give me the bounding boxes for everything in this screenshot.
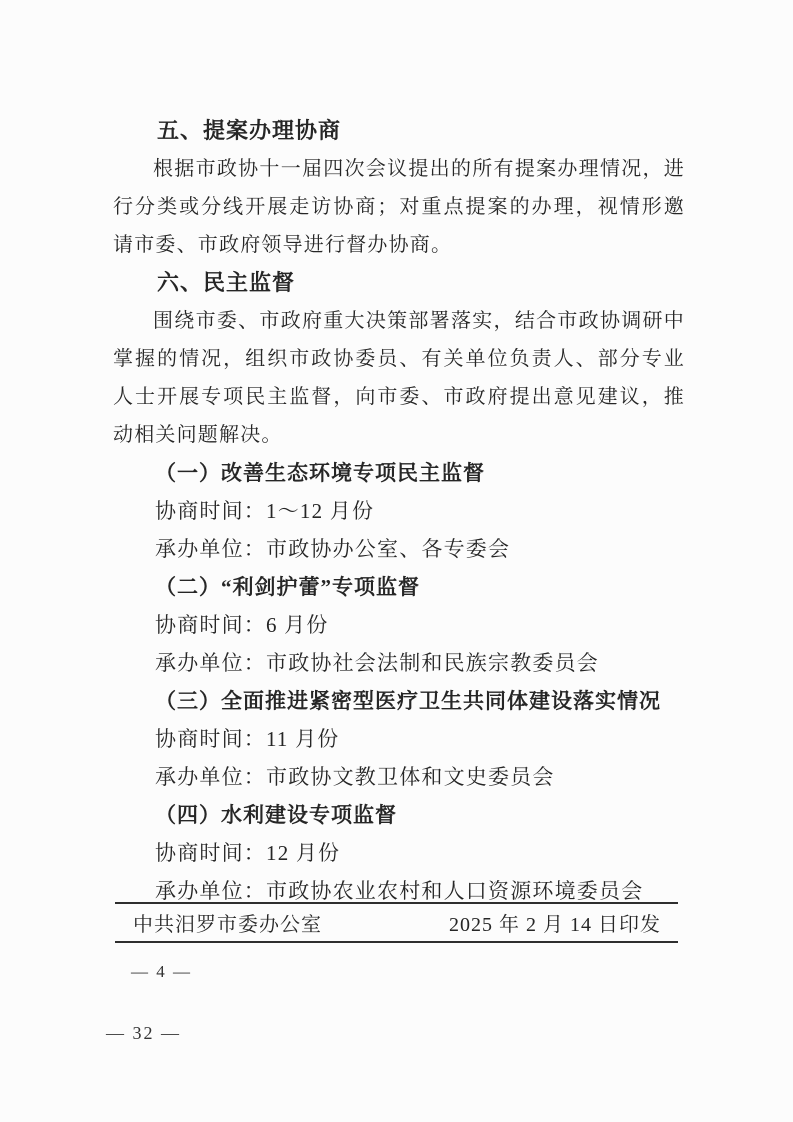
document-body: 五、提案办理协商 根据市政协十一届四次会议提出的所有提案办理情况，进行分类或分线… (113, 112, 685, 910)
section-6-heading: 六、民主监督 (113, 264, 685, 302)
supervision-item-1-title: （一）改善生态环境专项民主监督 (113, 454, 685, 492)
issuing-office: 中共汨罗市委办公室 (133, 908, 322, 937)
supervision-item-2-unit: 承办单位：市政协社会法制和民族宗教委员会 (113, 644, 685, 682)
supervision-item-3-unit: 承办单位：市政协文教卫体和文史委员会 (113, 758, 685, 796)
supervision-item-2-title: （二）“利剑护蕾”专项监督 (113, 568, 685, 606)
supervision-item-3-time: 协商时间：11 月份 (113, 720, 685, 758)
supervision-item-4-time: 协商时间：12 月份 (113, 834, 685, 872)
document-page: 五、提案办理协商 根据市政协十一届四次会议提出的所有提案办理情况，进行分类或分线… (0, 0, 793, 1122)
page-number-inner: — 4 — (131, 962, 192, 982)
supervision-item-1-unit: 承办单位：市政协办公室、各专委会 (113, 530, 685, 568)
print-date: 2025 年 2 月 14 日印发 (449, 908, 661, 937)
supervision-item-2-time: 协商时间：6 月份 (113, 606, 685, 644)
supervision-item-1-time: 协商时间：1～12 月份 (113, 492, 685, 530)
section-5-paragraph: 根据市政协十一届四次会议提出的所有提案办理情况，进行分类或分线开展走访协商；对重… (113, 150, 685, 264)
colophon-box: 中共汨罗市委办公室 2025 年 2 月 14 日印发 (115, 902, 678, 943)
section-6-paragraph: 围绕市委、市政府重大决策部署落实，结合市政协调研中掌握的情况，组织市政协委员、有… (113, 302, 685, 454)
page-number-outer: — 32 — (106, 1023, 181, 1044)
supervision-item-4-title: （四）水利建设专项监督 (113, 796, 685, 834)
section-5-heading: 五、提案办理协商 (113, 112, 685, 150)
supervision-item-3-title: （三）全面推进紧密型医疗卫生共同体建设落实情况 (113, 682, 685, 720)
colophon-row: 中共汨罗市委办公室 2025 年 2 月 14 日印发 (115, 904, 678, 941)
